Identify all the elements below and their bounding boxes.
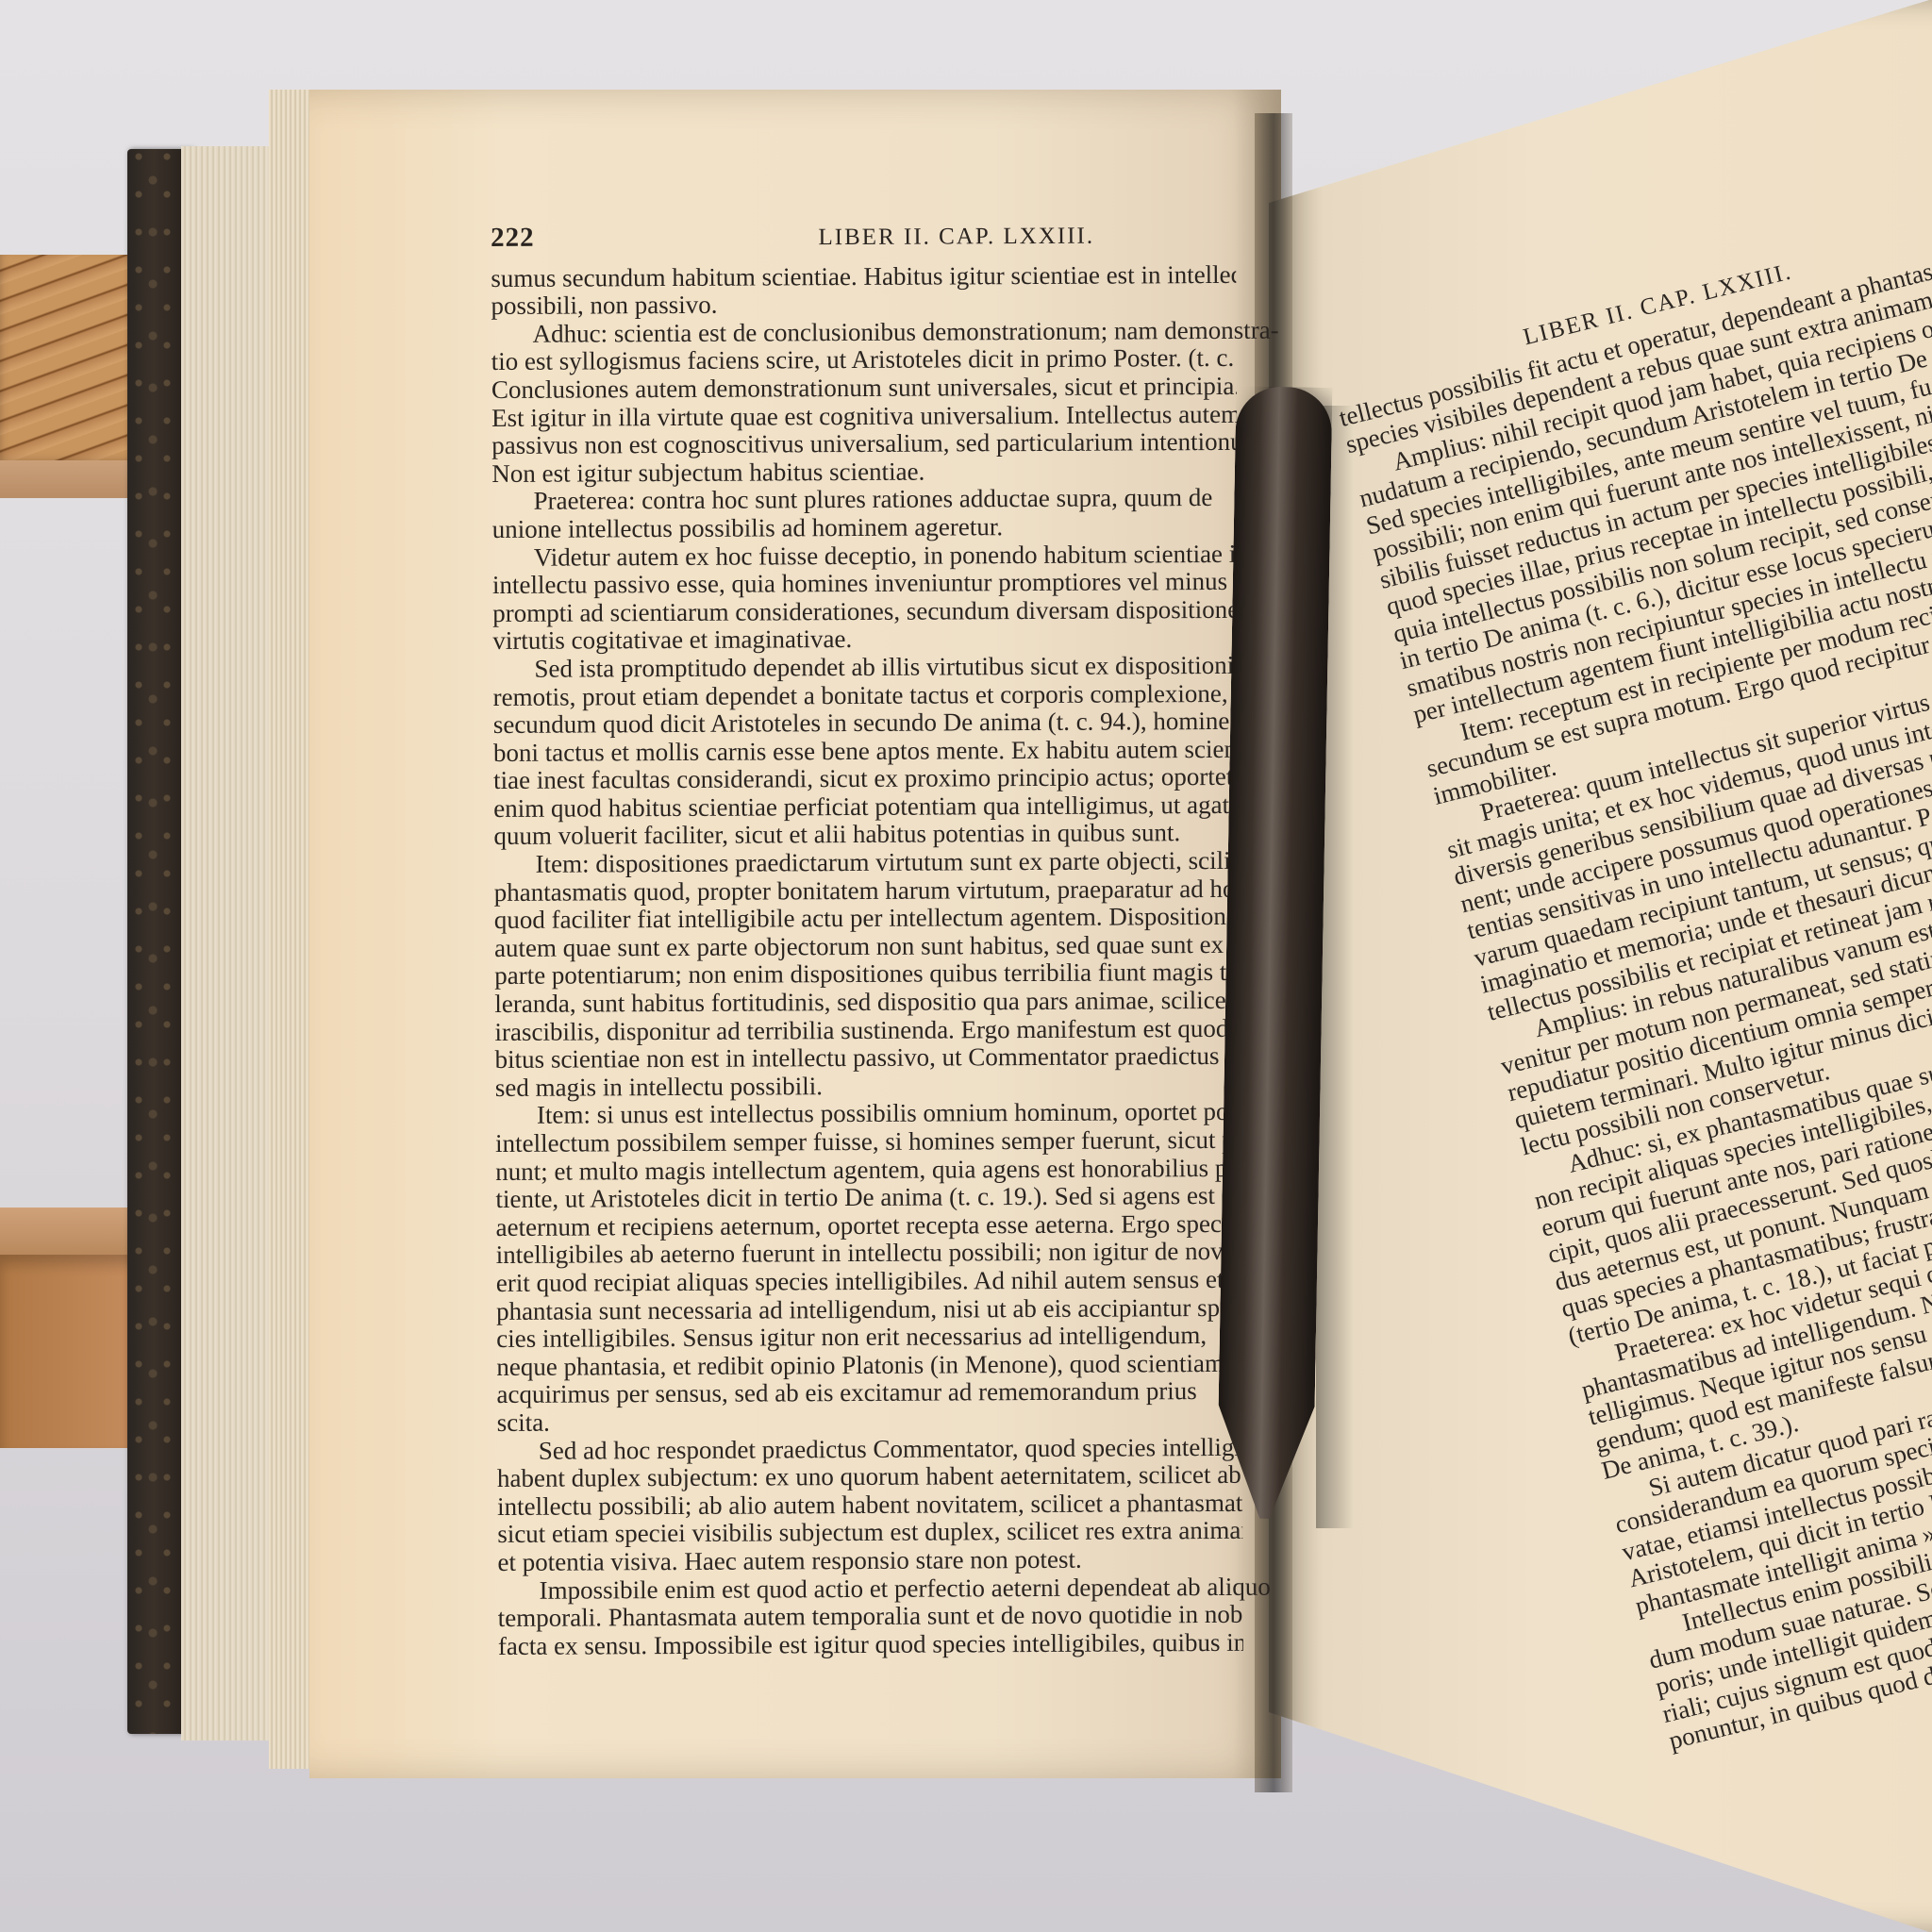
left-running-head: 222 LIBER II. CAP. LXXIII. [491, 222, 1094, 254]
text-line: quod faciliter fiat intelligibile actu p… [494, 903, 1240, 935]
text-line: cies intelligibiles. Sensus igitur non e… [496, 1322, 1241, 1354]
text-line: passivus non est cognoscitivus universal… [491, 428, 1237, 460]
text-line: Item: dispositiones praedictarum virtutu… [493, 847, 1280, 879]
text-line: unione intellectus possibilis ad hominem… [492, 512, 1238, 544]
text-line: enim quod habitus scientiae perficiat po… [493, 791, 1239, 824]
text-line: tiae inest facultas considerandi, sicut … [493, 763, 1239, 795]
text-line: Impossibile enim est quod actio et perfe… [498, 1573, 1285, 1605]
text-line: autem quae sunt ex parte objectorum non … [494, 931, 1240, 963]
text-line: Conclusiones autem demonstrationum sunt … [491, 373, 1237, 405]
running-title: LIBER II. CAP. LXXIII. [818, 223, 1094, 252]
text-line: facta ex sensu. Impossibile est igitur q… [498, 1629, 1243, 1661]
page-block-inner-edge [269, 90, 311, 1769]
page-block-edge [181, 146, 271, 1740]
text-line: bitus scientiae non est in intellectu pa… [495, 1042, 1241, 1074]
text-line: secundum quod dicit Aristoteles in secun… [493, 708, 1239, 740]
text-line: habent duplex subjectum: ex uno quorum h… [497, 1461, 1242, 1493]
text-line: intellectu possibili; ab alio autem habe… [497, 1490, 1242, 1522]
left-text-lines: sumus secundum habitum scientiae. Habitu… [491, 260, 1243, 1660]
text-line: Adhuc: scientia est de conclusionibus de… [491, 316, 1278, 348]
text-line: remotis, prout etiam dependet a bonitate… [493, 679, 1239, 711]
text-line: temporali. Phantasmata autem temporalia … [498, 1601, 1243, 1633]
text-line: tio est syllogismus faciens scire, ut Ar… [491, 344, 1237, 376]
text-line: scita. [497, 1406, 1242, 1438]
text-line: prompti ad scientiarum considerationes, … [492, 596, 1238, 628]
text-line: sumus secundum habitum scientiae. Habitu… [491, 260, 1236, 292]
text-line: Sed ad hoc respondet praedictus Commenta… [497, 1433, 1284, 1465]
text-line: Item: si unus est intellectus possibilis… [495, 1098, 1282, 1130]
text-line: sed magis in intellectu possibili. [495, 1071, 1241, 1103]
text-line: possibili, non passivo. [491, 289, 1236, 321]
wooden-stand-upper-bar [0, 255, 142, 467]
text-line: Non est igitur subjectum habitus scienti… [491, 457, 1237, 489]
text-line: leranda, sunt habitus fortitudinis, sed … [494, 987, 1240, 1019]
text-line: intelligibiles ab aeterno fuerunt in int… [496, 1238, 1241, 1270]
text-line: intellectu passivo esse, quia homines in… [492, 568, 1238, 600]
photo-scene: 222 LIBER II. CAP. LXXIII. sumus secundu… [0, 0, 1932, 1932]
text-line: phantasia sunt necessaria ad intelligend… [496, 1293, 1241, 1325]
text-line: boni tactus et mollis carnis esse bene a… [493, 736, 1239, 768]
text-line: quum voluerit faciliter, sicut et alii h… [493, 819, 1239, 851]
text-line: nunt; et multo magis intellectum agentem… [495, 1154, 1241, 1186]
text-line: sicut etiam speciei visibilis subjectum … [497, 1517, 1242, 1549]
text-line: parte potentiarum; non enim dispositione… [494, 958, 1240, 991]
text-line: Sed ista promptitudo dependet ab illis v… [492, 652, 1279, 684]
text-line: tiente, ut Aristoteles dicit in tertio D… [495, 1182, 1241, 1214]
text-line: acquirimus per sensus, sed ab eis excita… [496, 1377, 1241, 1409]
page-number: 222 [491, 225, 535, 253]
metal-page-weight [1217, 386, 1333, 1520]
text-line: phantasmatis quod, propter bonitatem har… [494, 875, 1240, 908]
wooden-stand-upper-edge [0, 460, 146, 498]
text-line: Praeterea: contra hoc sunt plures ration… [491, 484, 1278, 516]
text-line: aeternum et recipiens aeternum, oportet … [495, 1210, 1241, 1242]
text-line: Videtur autem ex hoc fuisse deceptio, in… [492, 540, 1279, 572]
text-line: et potentia visiva. Haec autem responsio… [497, 1545, 1242, 1577]
text-line: intellectum possibilem semper fuisse, si… [495, 1126, 1241, 1158]
text-line: Est igitur in illa virtute quae est cogn… [491, 400, 1237, 432]
text-line: virtutis cogitativae et imaginativae. [492, 624, 1238, 656]
left-page-text: 222 LIBER II. CAP. LXXIII. sumus secundu… [491, 221, 1243, 1660]
text-line: neque phantasia, et redibit opinio Plato… [496, 1350, 1241, 1382]
text-line: erit quod recipiat aliquas species intel… [496, 1266, 1241, 1298]
text-line: irascibilis, disponitur ad terribilia su… [494, 1014, 1240, 1046]
